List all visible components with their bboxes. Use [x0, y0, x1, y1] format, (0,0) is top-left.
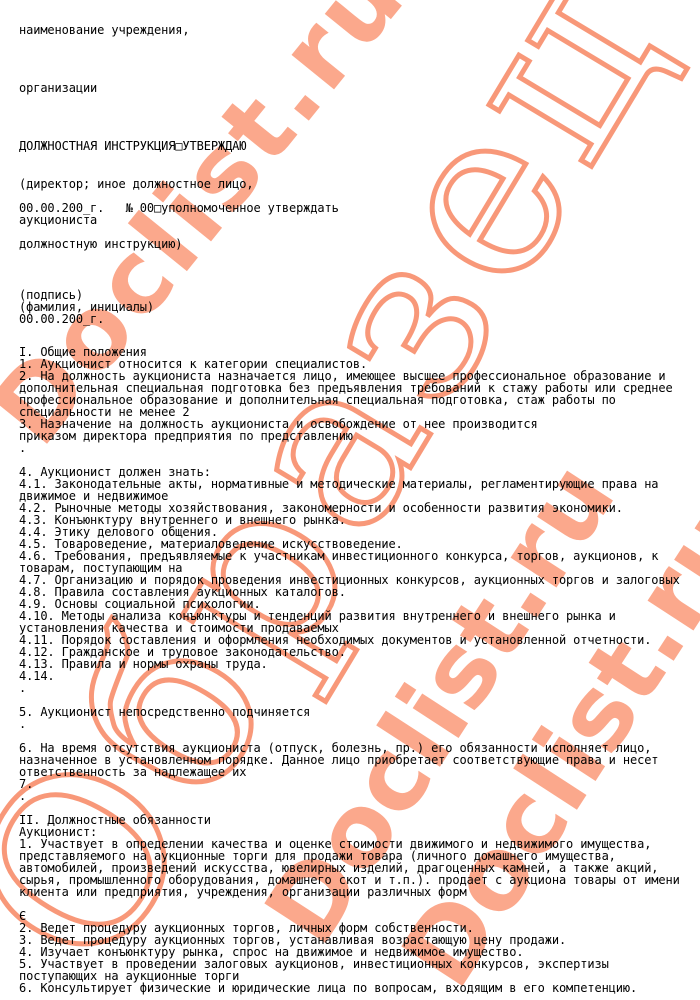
text-line: . — [19, 442, 680, 454]
organization-line: организации — [19, 82, 97, 94]
text-line: . — [19, 790, 680, 802]
text-line: 6. Консультирует физические и юридически… — [19, 982, 680, 994]
text-line: (директор; иное должностное лицо, — [19, 178, 339, 190]
signature-lines: (подпись)(фамилия, инициалы)00.00.200_г. — [19, 289, 154, 325]
document-text: наименование учреждения,организацииДОЛЖН… — [0, 0, 700, 1000]
text-line: приказом директора предприятия по предст… — [19, 430, 680, 442]
text-line: 7. — [19, 778, 680, 790]
text-line: должностную инструкцию) — [19, 238, 339, 250]
text-line: наименование учреждения, — [19, 24, 190, 36]
text-line: . — [19, 682, 680, 694]
text-line: организации — [19, 82, 97, 94]
text-line: 5. Аукционист непосредственно подчиняетс… — [19, 706, 680, 718]
text-line: 4.13. Правила и нормы охраны труда. — [19, 658, 680, 670]
text-line: . — [19, 718, 680, 730]
text-line: аукциониста — [19, 214, 339, 226]
text-line: ответственность за надлежащее их — [19, 766, 680, 778]
text-line: II. Должностные обязанности — [19, 814, 680, 826]
title-line: ДОЛЖНОСТНАЯ ИНСТРУКЦИЯ□УТВЕРЖДАЮ — [19, 140, 246, 152]
institution-name-line: наименование учреждения, — [19, 24, 190, 36]
text-line: 4.14. — [19, 670, 680, 682]
approval-header: (директор; иное должностное лицо,00.00.2… — [19, 178, 339, 250]
text-line — [19, 898, 680, 910]
text-line: 00.00.200_г. — [19, 313, 154, 325]
document-page: Образец Doclist.ru Doclist.ru Doclist.ru… — [0, 0, 700, 1000]
text-line: клиента или предприятия, учреждения, орг… — [19, 886, 680, 898]
instruction-body: I. Общие положения1. Аукционист относитс… — [19, 346, 680, 994]
text-line: ДОЛЖНОСТНАЯ ИНСТРУКЦИЯ□УТВЕРЖДАЮ — [19, 140, 246, 152]
